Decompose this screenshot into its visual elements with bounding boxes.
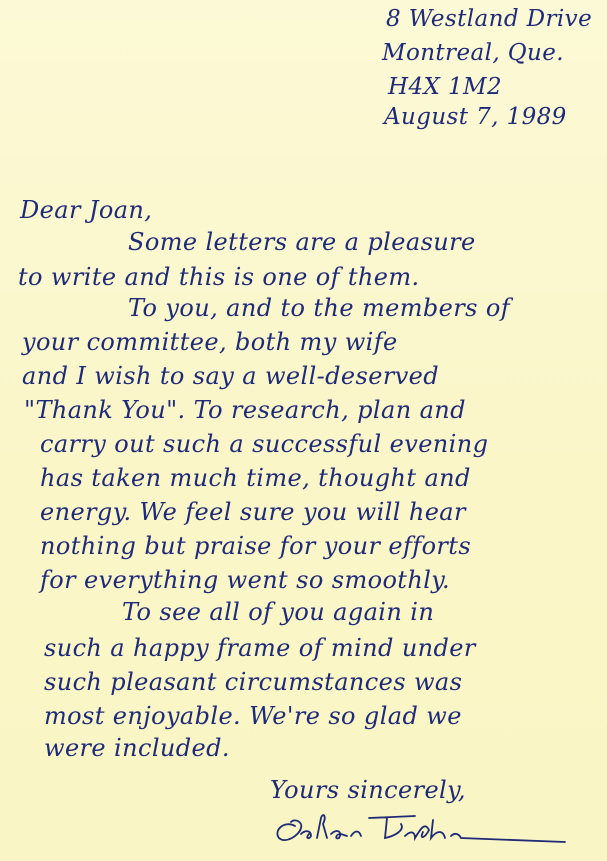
body-line: such a happy frame of mind under [44,636,476,660]
body-line: were included. [44,736,230,760]
body-line: for everything went so smoothly. [40,568,450,592]
address-street: 8 Westland Drive [386,8,592,31]
body-line: and I wish to say a well-deserved [22,364,439,388]
address-city: Montreal, Que. [382,42,564,65]
body-line: nothing but praise for your efforts [40,534,471,558]
body-line: such pleasant circumstances was [44,670,462,694]
body-line: most enjoyable. We're so glad we [44,704,462,728]
body-line: to write and this is one of them. [18,265,420,289]
body-line: carry out such a successful evening [40,432,488,456]
salutation: Dear Joan, [20,198,152,222]
body-line: "Thank You". To research, plan and [24,398,466,422]
body-line: energy. We feel sure you will hear [40,500,466,524]
letter-date: August 7, 1989 [384,106,567,129]
body-line: To see all of you again in [122,600,434,624]
body-line: To you, and to the members of [128,296,510,320]
body-line: has taken much time, thought and [40,466,471,490]
handwritten-letter: 8 Westland Drive Montreal, Que. H4X 1M2 … [0,0,607,861]
body-line: Some letters are a pleasure [128,230,476,254]
address-postal-code: H4X 1M2 [388,76,502,99]
closing: Yours sincerely, [270,778,466,802]
body-line: your committee, both my wife [22,330,398,354]
